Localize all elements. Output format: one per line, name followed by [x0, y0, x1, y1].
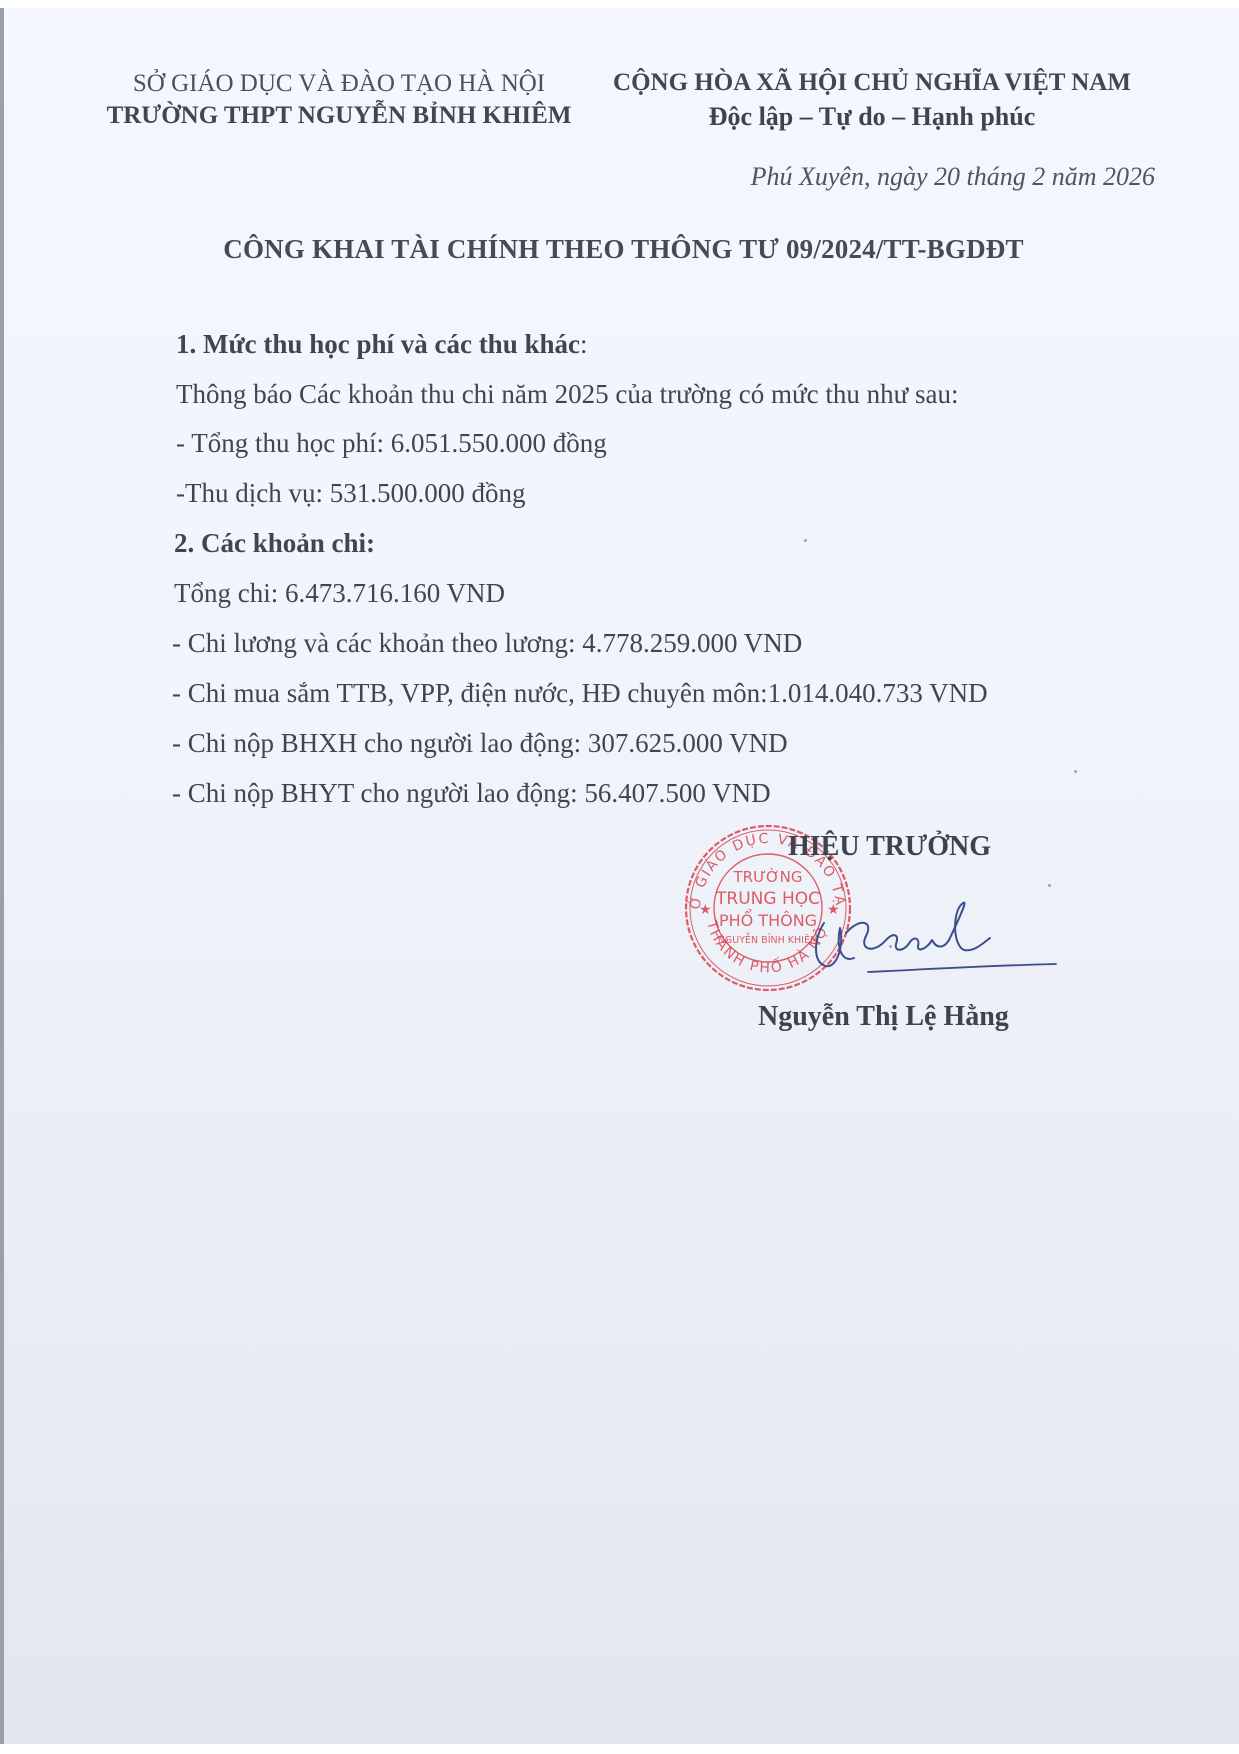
scan-speck [889, 945, 892, 948]
signatory-title: HIỆU TRƯỞNG [788, 831, 991, 863]
expense-item: - Chi nộp BHXH cho người lao động: 307.6… [172, 728, 788, 759]
document-page: SỞ GIÁO DỤC VÀ ĐÀO TẠO HÀ NỘI TRƯỜNG THP… [0, 8, 1239, 1744]
department-name: SỞ GIÁO DỤC VÀ ĐÀO TẠO HÀ NỘI [104, 68, 574, 100]
national-motto: Độc lập – Tự do – Hạnh phúc [602, 100, 1142, 134]
income-item: - Tổng thu học phí: 6.051.550.000 đồng [176, 428, 607, 459]
star-icon: ★ [699, 902, 712, 918]
place-date: Phú Xuyên, ngày 20 tháng 2 năm 2026 [751, 162, 1155, 192]
document-title: CÔNG KHAI TÀI CHÍNH THEO THÔNG TƯ 09/202… [4, 234, 1239, 265]
section1-heading-text: 1. Mức thu học phí và các thu khác [176, 329, 580, 359]
income-item: -Thu dịch vụ: 531.500.000 đồng [176, 478, 525, 509]
header-left: SỞ GIÁO DỤC VÀ ĐÀO TẠO HÀ NỘI TRƯỜNG THP… [104, 68, 574, 132]
scan-speck [804, 539, 807, 542]
expense-item: - Chi mua sắm TTB, VPP, điện nước, HĐ ch… [172, 678, 988, 709]
section1-heading-colon: : [580, 329, 588, 359]
expense-item: - Chi nộp BHYT cho người lao động: 56.40… [172, 778, 771, 809]
school-name: TRƯỜNG THPT NGUYỄN BỈNH KHIÊM [104, 100, 574, 132]
scan-speck [1048, 884, 1051, 887]
section1-heading: 1. Mức thu học phí và các thu khác: [176, 329, 588, 360]
header-right: CỘNG HÒA XÃ HỘI CHỦ NGHĨA VIỆT NAM Độc l… [602, 66, 1142, 134]
section1-intro: Thông báo Các khoản thu chi năm 2025 của… [176, 379, 959, 410]
stamp-inner-line: PHỔ THÔNG [719, 909, 817, 930]
country-name: CỘNG HÒA XÃ HỘI CHỦ NGHĨA VIỆT NAM [602, 66, 1142, 100]
expense-item: - Chi lương và các khoản theo lương: 4.7… [172, 628, 802, 659]
expense-total: Tổng chi: 6.473.716.160 VND [174, 578, 505, 609]
scan-speck [1074, 770, 1077, 773]
handwritten-signature [804, 888, 1064, 988]
signatory-name: Nguyễn Thị Lệ Hằng [758, 1001, 1009, 1033]
stamp-inner-line: TRƯỜNG [733, 867, 803, 886]
section2-heading: 2. Các khoản chi: [174, 528, 375, 559]
